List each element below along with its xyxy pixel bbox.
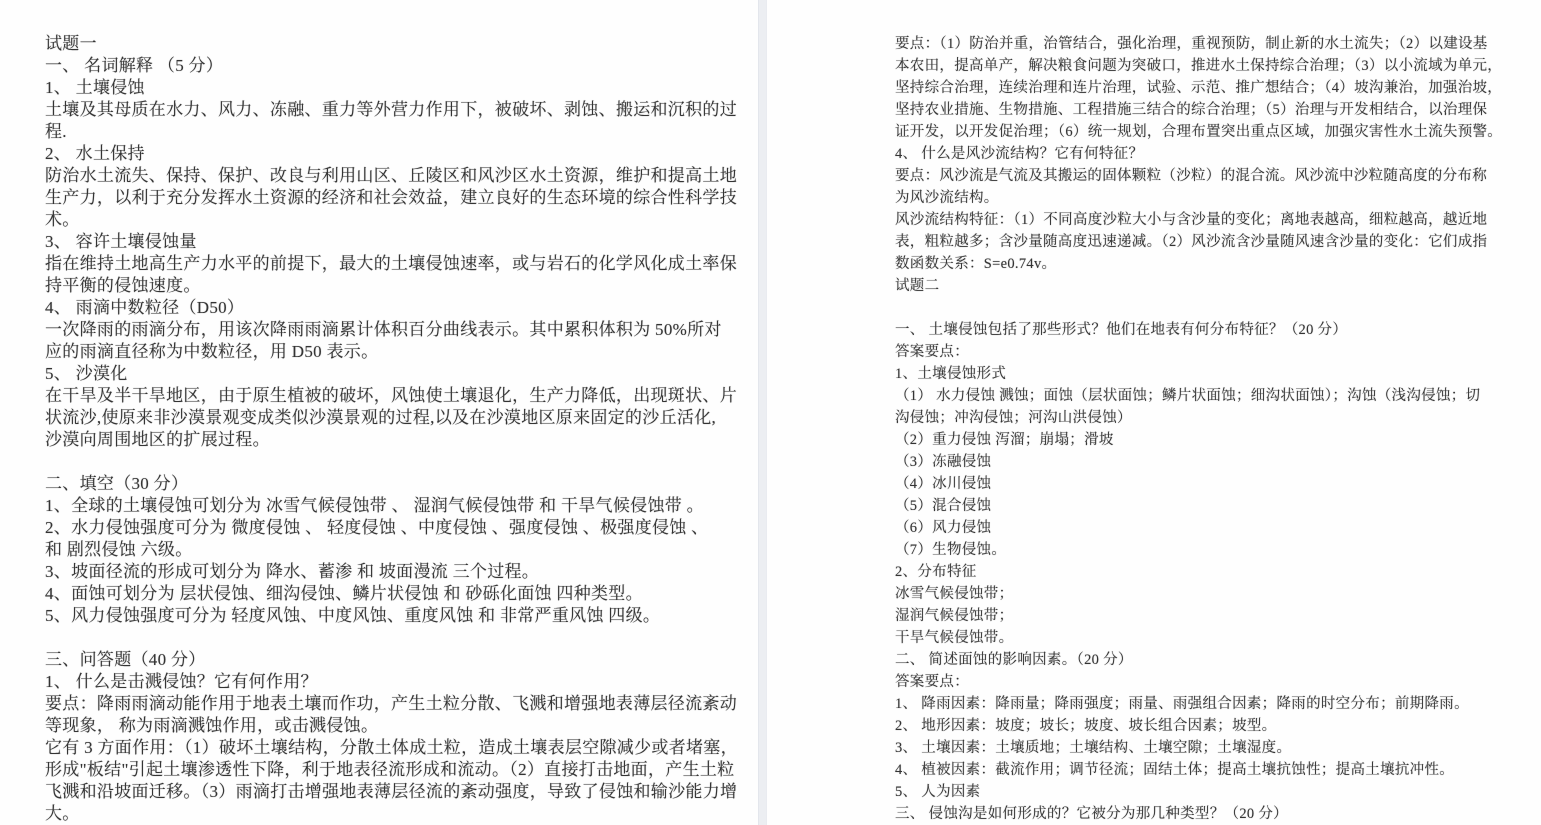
text-line: 大。 [45,803,735,825]
page-left-text: 试题一一、 名词解释 （5 分）1、 土壤侵蚀土壤及其母质在水力、风力、冻融、重… [45,33,735,825]
text-line: 冰雪气候侵蚀带； [895,583,1500,605]
text-line: 要点：风沙流是气流及其搬运的固体颗粒（沙粒）的混合流。风沙流中沙粒随高度的分布称 [895,165,1500,187]
text-line: 1、全球的土壤侵蚀可划分为 冰雪气候侵蚀带 、 湿润气候侵蚀带 和 干旱气候侵蚀… [45,495,735,517]
text-line: 5、 人为因素 [895,781,1500,803]
text-line: 一、 名词解释 （5 分） [45,55,735,77]
text-line: 它有 3 方面作用：（1）破坏土壤结构，分散土体成土粒，造成土壤表层空隙减少或者… [45,737,735,759]
text-line [45,627,735,649]
text-line: 证开发，以开发促治理；（6）统一规划，合理布置突出重点区域，加强灾害性水土流失预… [895,121,1500,143]
page-left: 试题一一、 名词解释 （5 分）1、 土壤侵蚀土壤及其母质在水力、风力、冻融、重… [0,0,758,825]
text-line: 术。 [45,209,735,231]
text-line: 一、 土壤侵蚀包括了那些形式？他们在地表有何分布特征？（20 分） [895,319,1500,341]
text-line: （3）冻融侵蚀 [895,451,1500,473]
text-line: （4）冰川侵蚀 [895,473,1500,495]
text-line: 试题一 [45,33,735,55]
text-line: 干旱气候侵蚀带。 [895,627,1500,649]
text-line: 1、土壤侵蚀形式 [895,363,1500,385]
text-line: 土壤及其母质在水力、风力、冻融、重力等外营力作用下，被破坏、剥蚀、搬运和沉积的过 [45,99,735,121]
text-line: 持平衡的侵蚀速度。 [45,275,735,297]
text-line: 生产力，以利于充分发挥水土资源的经济和社会效益，建立良好的生态环境的综合性科学技 [45,187,735,209]
text-line: 表，粗粒越多；含沙量随高度迅速递减。（2）风沙流含沙量随风速含沙量的变化：它们成… [895,231,1500,253]
text-line: 坚持综合治理，连续治理和连片治理，试验、示范、推广想结合；（4）坡沟兼治，加强治… [895,77,1500,99]
text-line: 沟侵蚀；冲沟侵蚀；河沟山洪侵蚀） [895,407,1500,429]
text-line: 坚持农业措施、生物措施、工程措施三结合的综合治理；（5）治理与开发相结合，以治理… [895,99,1500,121]
text-line: 3、 土壤因素：土壤质地；土壤结构、土壤空隙；土壤湿度。 [895,737,1500,759]
text-line: 试题二 [895,275,1500,297]
text-line: 5、 沙漠化 [45,363,735,385]
text-line: 本农田，提高单产，解决粮食问题为突破口，推进水土保持综合治理；（3）以小流域为单… [895,55,1500,77]
text-line: 形成"板结"引起土壤渗透性下降，利于地表径流形成和流动。（2）直接打击地面，产生… [45,759,735,781]
page-right-text: 要点：（1）防治并重，治管结合，强化治理，重视预防，制止新的水土流失；（2）以建… [895,33,1500,825]
text-line: （7）生物侵蚀。 [895,539,1500,561]
text-line: 和 剧烈侵蚀 六级。 [45,539,735,561]
text-line: （6）风力侵蚀 [895,517,1500,539]
text-line: 3、 容许土壤侵蚀量 [45,231,735,253]
text-line: 等现象， 称为雨滴溅蚀作用，或击溅侵蚀。 [45,715,735,737]
text-line: 1、 土壤侵蚀 [45,77,735,99]
text-line [45,451,735,473]
text-line: 要点：（1）防治并重，治管结合，强化治理，重视预防，制止新的水土流失；（2）以建… [895,33,1500,55]
text-line: 2、分布特征 [895,561,1500,583]
text-line: 5、风力侵蚀强度可分为 轻度风蚀、中度风蚀、重度风蚀 和 非常严重风蚀 四级。 [45,605,735,627]
text-line: 风沙流结构特征：（1）不同高度沙粒大小与含沙量的变化；离地表越高，细粒越高，越近… [895,209,1500,231]
text-line: 4、 植被因素：截流作用；调节径流；固结土体；提高土壤抗蚀性；提高土壤抗冲性。 [895,759,1500,781]
text-line: 要点：降雨雨滴动能作用于地表土壤而作功，产生土粒分散、飞溅和增强地表薄层径流紊动 [45,693,735,715]
text-line: 二、填空（30 分） [45,473,735,495]
text-line [895,297,1500,319]
text-line: 指在维持土地高生产力水平的前提下，最大的土壤侵蚀速率，或与岩石的化学风化成土率保 [45,253,735,275]
text-line: （2）重力侵蚀 泻溜；崩塌；滑坡 [895,429,1500,451]
text-line: 2、水力侵蚀强度可分为 微度侵蚀 、 轻度侵蚀 、中度侵蚀 、强度侵蚀 、极强度… [45,517,735,539]
text-line: 4、 什么是风沙流结构？它有何特征？ [895,143,1500,165]
text-line: 三、问答题（40 分） [45,649,735,671]
document-viewer: 试题一一、 名词解释 （5 分）1、 土壤侵蚀土壤及其母质在水力、风力、冻融、重… [0,0,1541,825]
text-line: 为风沙流结构。 [895,187,1500,209]
text-line: 应的雨滴直径称为中数粒径，用 D50 表示。 [45,341,735,363]
text-line: 一次降雨的雨滴分布，用该次降雨雨滴累计体积百分曲线表示。其中累积体积为 50%所… [45,319,735,341]
text-line: 答案要点： [895,341,1500,363]
text-line: 3、坡面径流的形成可划分为 降水、蓄渗 和 坡面漫流 三个过程。 [45,561,735,583]
text-line: 湿润气候侵蚀带； [895,605,1500,627]
text-line: （5）混合侵蚀 [895,495,1500,517]
text-line: 二、 简述面蚀的影响因素。（20 分） [895,649,1500,671]
text-line: 沙漠向周围地区的扩展过程。 [45,429,735,451]
text-line: 程. [45,121,735,143]
text-line: （1） 水力侵蚀 溅蚀；面蚀（层状面蚀；鳞片状面蚀；细沟状面蚀）；沟蚀（浅沟侵蚀… [895,385,1500,407]
text-line: 1、 什么是击溅侵蚀？它有何作用？ [45,671,735,693]
text-line: 2、 水土保持 [45,143,735,165]
page-right: 要点：（1）防治并重，治管结合，强化治理，重视预防，制止新的水土流失；（2）以建… [767,0,1541,825]
text-line: 4、 雨滴中数粒径（D50） [45,297,735,319]
text-line: 三、 侵蚀沟是如何形成的？它被分为那几种类型？（20 分） [895,803,1500,825]
text-line: 4、面蚀可划分为 层状侵蚀、细沟侵蚀、鳞片状侵蚀 和 砂砾化面蚀 四种类型。 [45,583,735,605]
text-line: 数函数关系：S=e0.74v。 [895,253,1500,275]
text-line: 防治水土流失、保持、保护、改良与利用山区、丘陵区和风沙区水土资源，维护和提高土地 [45,165,735,187]
text-line: 飞溅和沿坡面迁移。（3）雨滴打击增强地表薄层径流的紊动强度，导致了侵蚀和输沙能力… [45,781,735,803]
text-line: 在干旱及半干旱地区，由于原生植被的破坏，风蚀使土壤退化，生产力降低，出现斑状、片 [45,385,735,407]
text-line: 1、 降雨因素：降雨量；降雨强度；雨量、雨强组合因素；降雨的时空分布；前期降雨。 [895,693,1500,715]
page-divider [758,0,767,825]
text-line: 答案要点： [895,671,1500,693]
text-line: 状流沙,使原来非沙漠景观变成类似沙漠景观的过程,以及在沙漠地区原来固定的沙丘活化… [45,407,735,429]
text-line: 2、 地形因素：坡度；坡长；坡度、坡长组合因素；坡型。 [895,715,1500,737]
